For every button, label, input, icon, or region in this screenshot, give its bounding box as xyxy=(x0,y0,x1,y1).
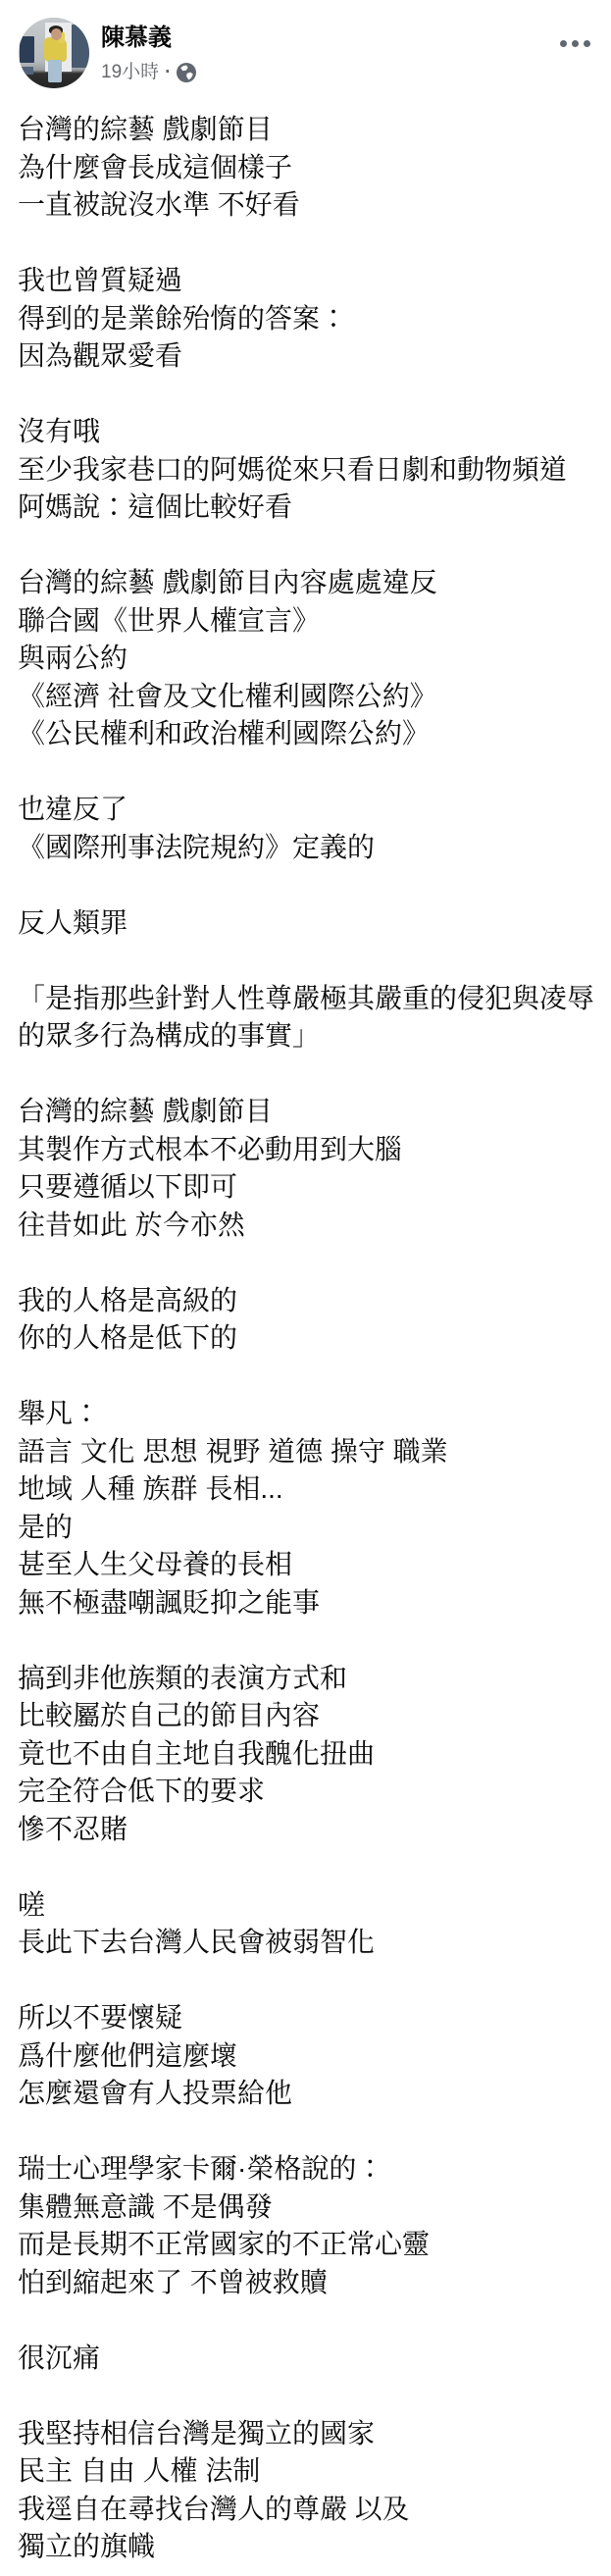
post-text-line xyxy=(18,1622,593,1660)
post-text-line: 長此下去台灣人民會被弱智化 xyxy=(18,1924,593,1962)
avatar[interactable] xyxy=(19,18,89,88)
post-text-line: 得到的是業餘殆惰的答案： xyxy=(18,300,593,338)
post-text-line: 我逕自在尋找台灣人的尊嚴 以及 xyxy=(18,2491,593,2529)
post-text-line: 比較屬於自己的節目內容 xyxy=(18,1697,593,1735)
post-text-line: 瑞士心理學家卡爾·榮格說的： xyxy=(18,2150,593,2189)
post-text-line: 《國際刑事法院規約》定義的 xyxy=(18,829,593,867)
avatar-picture-frame xyxy=(20,36,34,63)
post-text-line: 為什麼會長成這個樣子 xyxy=(18,149,593,187)
post-text-line: 慘不忍賭 xyxy=(18,1811,593,1849)
post-text: 台灣的綜藝 戲劇節目為什麼會長成這個樣子一直被說沒水準 不好看我也曾質疑過得到的… xyxy=(0,111,611,2566)
post-text-line: 是的 xyxy=(18,1509,593,1547)
avatar-person-head xyxy=(51,28,62,40)
post-text-line: 與兩公約 xyxy=(18,640,593,678)
post-text-line: 我的人格是高級的 xyxy=(18,1282,593,1320)
post-text-line: 台灣的綜藝 戲劇節目內容處處違反 xyxy=(18,564,593,602)
post-text-line: 語言 文化 思想 視野 道德 操守 職業 xyxy=(18,1433,593,1471)
post-text-line xyxy=(18,1848,593,1886)
post-text-line: 怎麼還會有人投票給他 xyxy=(18,2075,593,2113)
post-text-line: 民主 自由 人權 法制 xyxy=(18,2452,593,2491)
post-text-line xyxy=(18,2113,593,2151)
post-text-line: 舉凡： xyxy=(18,1395,593,1433)
post-text-line: 其製作方式根本不必動用到大腦 xyxy=(18,1131,593,1169)
post-text-line: 沒有哦 xyxy=(18,413,593,451)
more-options-button[interactable] xyxy=(556,36,594,51)
post-text-line: 反人類罪 xyxy=(18,904,593,943)
post-text-line: 無不極盡嘲諷貶抑之能事 xyxy=(18,1584,593,1623)
meta-separator: · xyxy=(165,61,171,84)
post-text-line xyxy=(18,942,593,980)
post-text-line: 獨立的旗幟 xyxy=(18,2528,593,2566)
post-text-line: 嗟 xyxy=(18,1886,593,1925)
post-text-line: 台灣的綜藝 戲劇節目 xyxy=(18,1093,593,1131)
post-text-line: 很沉痛 xyxy=(18,2340,593,2378)
post-header: 陳慕義 19小時 · xyxy=(0,0,611,111)
post-text-line: 爲什麼他們這麼壞 xyxy=(18,2037,593,2076)
dot-icon xyxy=(584,40,590,47)
avatar-picture-frame xyxy=(72,25,89,68)
post-text-line xyxy=(18,527,593,565)
timestamp[interactable]: 19小時 xyxy=(101,61,159,84)
post-text-line xyxy=(18,1358,593,1396)
post-text-line: 的眾多行為構成的事實」 xyxy=(18,1017,593,1056)
post-text-line xyxy=(18,376,593,414)
post-text-line: 我堅持相信台灣是獨立的國家 xyxy=(18,2415,593,2453)
post-text-line xyxy=(18,1056,593,1094)
post-text-line: 也違反了 xyxy=(18,791,593,829)
post-text-line: 我也曾質疑過 xyxy=(18,262,593,300)
post-text-line xyxy=(18,866,593,904)
post-text-line: 因為觀眾愛看 xyxy=(18,337,593,376)
post-text-line: 聯合國《世界人權宣言》 xyxy=(18,602,593,641)
post-text-line: 完全符合低下的要求 xyxy=(18,1773,593,1811)
post-text-line: 《公民權利和政治權利國際公約》 xyxy=(18,715,593,753)
dot-icon xyxy=(560,40,567,47)
post-text-line: 阿媽說：這個比較好看 xyxy=(18,489,593,527)
post-text-line: 你的人格是低下的 xyxy=(18,1319,593,1358)
post-text-line: 集體無意識 不是偶發 xyxy=(18,2189,593,2227)
post-text-line: 《經濟 社會及文化權利國際公約》 xyxy=(18,678,593,716)
post-text-line: 往昔如此 於今亦然 xyxy=(18,1207,593,1245)
post-text-line: 「是指那些針對人性尊嚴極其嚴重的侵犯與凌辱 xyxy=(18,980,593,1018)
dot-icon xyxy=(572,40,579,47)
post-text-line: 一直被說沒水準 不好看 xyxy=(18,186,593,225)
post-text-line: 搞到非他族類的表演方式和 xyxy=(18,1660,593,1698)
post-text-line xyxy=(18,753,593,792)
post-text-line: 所以不要懷疑 xyxy=(18,1999,593,2037)
post-text-line xyxy=(18,1244,593,1282)
author-name[interactable]: 陳慕義 xyxy=(101,24,172,53)
avatar-person-jeans xyxy=(48,60,62,82)
post-meta[interactable]: 19小時 · xyxy=(101,61,196,84)
post-text-line xyxy=(18,2377,593,2415)
post-text-line: 至少我家巷口的阿媽從來只看日劇和動物頻道 xyxy=(18,451,593,489)
post-text-line: 甚至人生父母養的長相 xyxy=(18,1546,593,1584)
facebook-post: 陳慕義 19小時 · 台灣的綜藝 戲劇節目為什麼會長成這個樣子一直被說沒水準 不… xyxy=(0,0,611,2576)
post-text-line: 而是長期不正常國家的不正常心靈 xyxy=(18,2226,593,2264)
post-text-line: 怕到縮起來了 不曾被救贖 xyxy=(18,2264,593,2302)
globe-public-icon xyxy=(177,63,196,82)
post-text-line: 只要遵循以下即可 xyxy=(18,1168,593,1207)
post-text-line: 竟也不由自主地自我醜化扭曲 xyxy=(18,1735,593,1774)
post-text-line: 台灣的綜藝 戲劇節目 xyxy=(18,111,593,149)
post-text-line xyxy=(18,225,593,263)
post-text-line xyxy=(18,2301,593,2340)
avatar-picture-frame xyxy=(22,67,33,75)
post-text-line: 地域 人種 族群 長相... xyxy=(18,1470,593,1509)
post-text-line xyxy=(18,1962,593,2000)
